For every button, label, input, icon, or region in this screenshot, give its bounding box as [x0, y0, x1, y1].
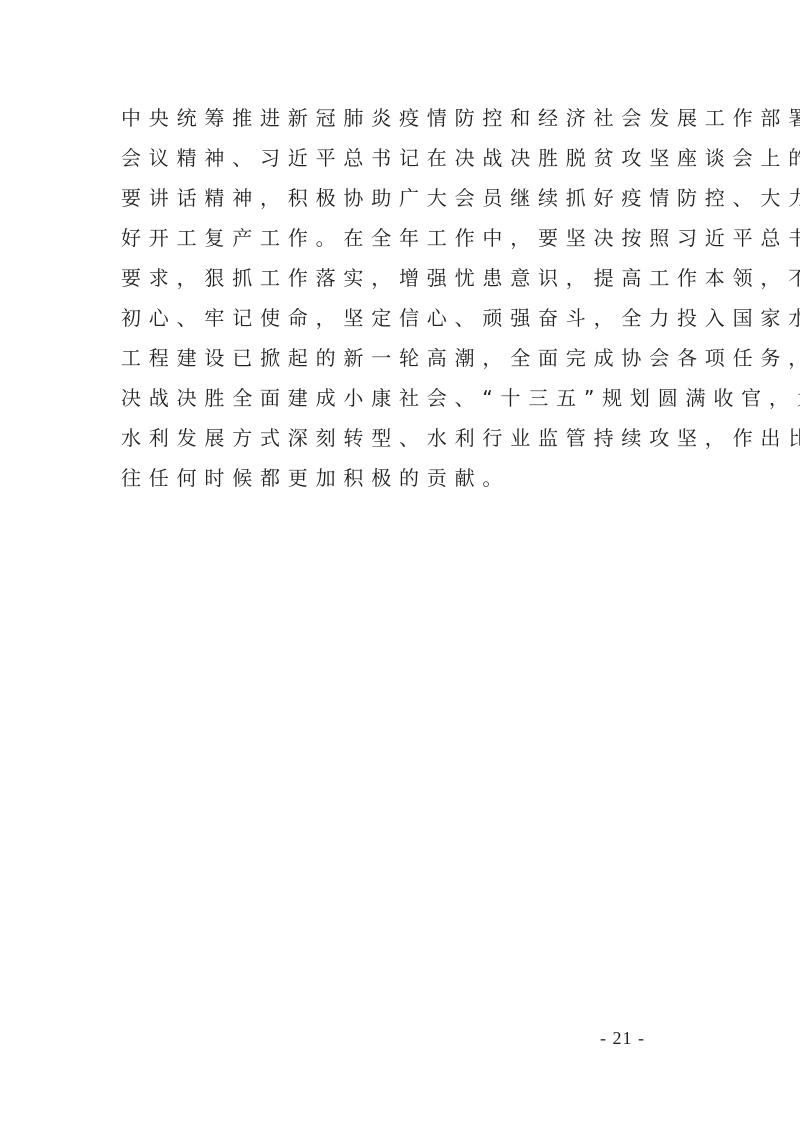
- body-paragraph: 中央统筹推进新冠肺炎疫情防控和经济社会发展工作部署 会议精神、习近平总书记在决战…: [121, 98, 681, 498]
- paragraph-line: 决战决胜全面建成小康社会、“十三五”规划圆满收官，为: [121, 378, 681, 418]
- paragraph-line: 好开工复产工作。在全年工作中，要坚决按照习近平总书记: [121, 218, 681, 258]
- paragraph-line: 往任何时候都更加积极的贡献。: [121, 458, 681, 498]
- paragraph-line: 工程建设已掀起的新一轮高潮，全面完成协会各项任务，为: [121, 338, 681, 378]
- paragraph-line: 水利发展方式深刻转型、水利行业监管持续攻坚，作出比以: [121, 418, 681, 458]
- paragraph-line: 中央统筹推进新冠肺炎疫情防控和经济社会发展工作部署: [121, 98, 681, 138]
- paragraph-line: 初心、牢记使命，坚定信心、顽强奋斗，全力投入国家水利: [121, 298, 681, 338]
- page-number: - 21 -: [600, 1026, 680, 1050]
- paragraph-line: 要求，狠抓工作落实，增强忧患意识，提高工作本领，不忘: [121, 258, 681, 298]
- paragraph-line: 会议精神、习近平总书记在决战决胜脱贫攻坚座谈会上的重: [121, 138, 681, 178]
- document-page: 中央统筹推进新冠肺炎疫情防控和经济社会发展工作部署 会议精神、习近平总书记在决战…: [0, 0, 800, 1131]
- paragraph-line: 要讲话精神，积极协助广大会员继续抓好疫情防控、大力抓: [121, 178, 681, 218]
